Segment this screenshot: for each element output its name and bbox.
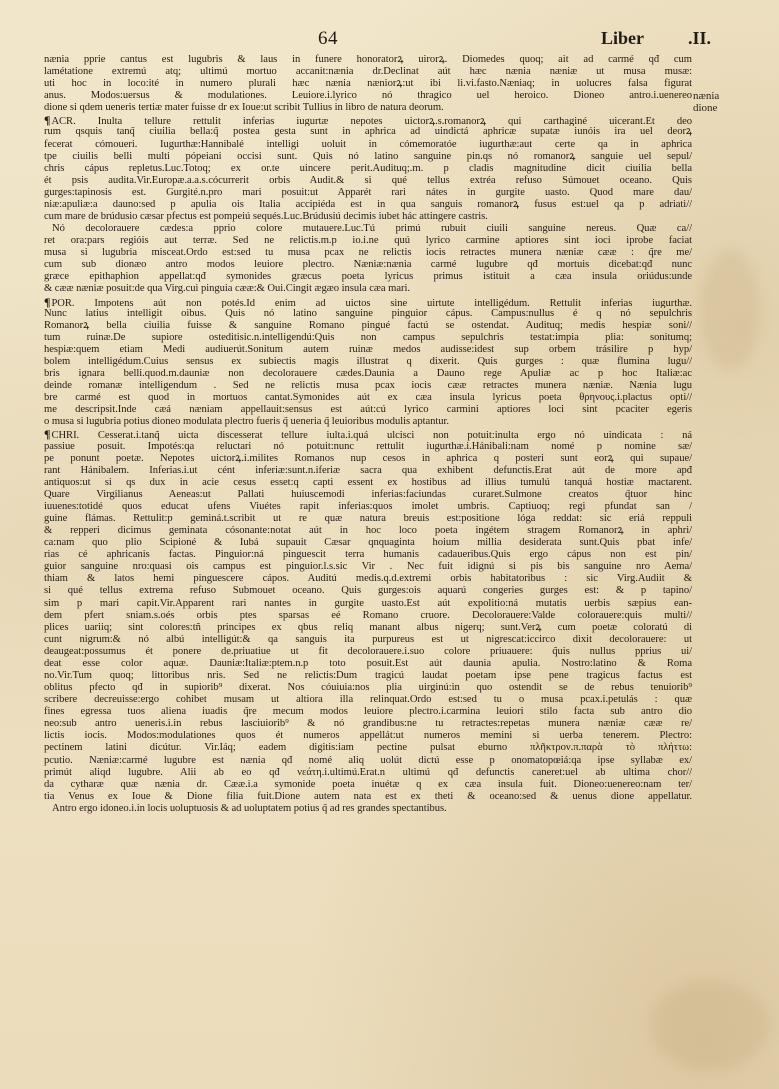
text-line: neo:sub antro ueneris.i.in rebus lasciui… bbox=[44, 718, 692, 730]
text-line: ¶CHRI. Cesserat.i.tanq̃ uicta discessera… bbox=[44, 428, 692, 440]
book-number: .II. bbox=[688, 28, 711, 48]
text-line: fecerat cómoueri. Iugurthæ:Hannibalé int… bbox=[44, 139, 692, 151]
margin-note: dione bbox=[693, 102, 717, 114]
text-line: ét psis audita.Vir.Europæ.a.a.s.cócurrer… bbox=[44, 175, 692, 187]
text-line: pectinem latini dicútur. Vir.Iáq; eadem … bbox=[44, 742, 692, 754]
text-line: cum sub dionæo antro modos leuiore plect… bbox=[44, 259, 692, 271]
text-line: ¶ACR. Inulta tellure rettulit inferias i… bbox=[44, 114, 692, 126]
text-line: tpe ciuilis belli multi pópeiani occisi … bbox=[44, 151, 692, 163]
text-line: chris cápus repletus.Luc.Totoq; ex or.te… bbox=[44, 163, 692, 175]
paragraph-mark-icon: ¶ bbox=[44, 428, 50, 440]
paragraph-mark-icon: ¶ bbox=[44, 114, 50, 126]
book-label: Liber.II. bbox=[601, 28, 711, 49]
text-line: tum ruinæ.De supiore osteditisic.n.intel… bbox=[44, 332, 692, 344]
text-line: græce epithaphion appellat:qđ symonides … bbox=[44, 271, 692, 283]
text-line: niæ:apuliæ:a dauno:sed p apulia ois Ital… bbox=[44, 199, 692, 211]
text-line: oblitus pfecto qđ in supiorib⁹ dixerat. … bbox=[44, 682, 692, 694]
text-line: Nunc latius intelligit oibus. Quis nó la… bbox=[44, 308, 692, 320]
text-line: Nó decolorauere cædes:a pprio colore mut… bbox=[44, 223, 692, 235]
text-line: pe ponunt poetæ. Nepotes uictorꝝ.i.milit… bbox=[44, 453, 692, 465]
paragraph-mark-icon: ¶ bbox=[44, 296, 50, 308]
text-line: cum mare de brúdusio cæsar pfectus est p… bbox=[44, 211, 692, 223]
text-line: no.Vir.Tum quoq; littoribus nris. Sed ne… bbox=[44, 670, 692, 682]
text-line: anus. Modos:uersus & modulationes. Leuio… bbox=[44, 90, 692, 102]
text-line: guine flámas. Rettulit:p geminá.t.scribi… bbox=[44, 513, 692, 525]
margin-note: nænia bbox=[693, 90, 719, 102]
text-line: dione si qdem ueneris tertiæ mater fuiss… bbox=[44, 102, 692, 114]
text-line: deaugeat:possumus ét ponere de.priuatiue… bbox=[44, 646, 692, 658]
commentary-text: nænia pprie cantus est lugubris & laus i… bbox=[44, 54, 692, 815]
text-line: dem pfert sniam.s.oés orbis ptes sparsas… bbox=[44, 610, 692, 622]
text-line: bris ignara belli.quod.m.dauniæ non deco… bbox=[44, 368, 692, 380]
paper-stain bbox=[650, 980, 770, 1070]
text-line-content: CHRI. Cesserat.i.tanq̃ uicta discesserat… bbox=[51, 430, 692, 440]
text-line: ret ora:pars regióis aut terræ. Sed ne r… bbox=[44, 235, 692, 247]
book-page: 64 Liber.II. nænia pprie cantus est lugu… bbox=[0, 0, 779, 1089]
text-line: deat esse color aquæ. Dauniæ:Italiæ:ptem… bbox=[44, 658, 692, 670]
text-line: plices uariiq; sint colores:tñ principes… bbox=[44, 622, 692, 634]
text-line: ¶POR. Impotens aút non potés.Id enim ad … bbox=[44, 296, 692, 308]
text-line: uti hoc in loco:ité in numero plurali hæ… bbox=[44, 78, 692, 90]
text-line: Antro ergo idoneo.i.in locis uoluptuosis… bbox=[44, 803, 692, 815]
text-line: rum qsquis tanq̃ ciuilia bella:q̃ postea… bbox=[44, 126, 692, 138]
text-line-content: ACR. Inulta tellure rettulit inferias iu… bbox=[51, 116, 692, 126]
text-line: antiquos:ut si qs dux in acie cesus esse… bbox=[44, 477, 692, 489]
text-line: lamétatione extremú atq; ultimú mortuo a… bbox=[44, 66, 692, 78]
text-line: deinde romanæ intelligendum . Sed ne rel… bbox=[44, 380, 692, 392]
paper-stain bbox=[700, 250, 760, 370]
text-line: hespiæ:quem etiam Medi audiuerút.Sonitum… bbox=[44, 344, 692, 356]
text-line: bolem intelligédum.Cuius sensus ex subie… bbox=[44, 356, 692, 368]
text-line: da cytharæ quæ nænia dr. Cææ.i.a symonid… bbox=[44, 779, 692, 791]
text-line: pcutio. Næniæ:carmé lugubre est nænia qđ… bbox=[44, 755, 692, 767]
text-line: iuuenes:totidé quos educat ufens Viuétes… bbox=[44, 501, 692, 513]
text-line: cunt nigrum:& nó albú intelligút:& qa sa… bbox=[44, 634, 692, 646]
text-line: tia Venus ex Ioue & Dione filia fuit.Dio… bbox=[44, 791, 692, 803]
text-line: gurges:tapinosis est. Gurgité.n.pro mari… bbox=[44, 187, 692, 199]
text-line: Romanorꝝ bella ciuilia fuisse & sanguine… bbox=[44, 320, 692, 332]
text-line: fines egressa tuos aliena iuadis q̃re me… bbox=[44, 706, 692, 718]
text-line: nænia pprie cantus est lugubris & laus i… bbox=[44, 54, 692, 66]
text-line: Quare Virgilianus Aeneas:ut Pallati huiu… bbox=[44, 489, 692, 501]
text-line: musa si lugubria misceat.Ordo est:sed tu… bbox=[44, 247, 692, 259]
running-head: 64 Liber.II. bbox=[0, 28, 779, 52]
text-line: thiam & latos hemi pinguescere cápos. Au… bbox=[44, 573, 692, 585]
text-line: guior sanguine nro:quasi ois campus est … bbox=[44, 561, 692, 573]
book-label-word: Liber bbox=[601, 28, 644, 48]
text-line: bre carmé est quod in mortuos cantat.Sym… bbox=[44, 392, 692, 404]
text-line-content: POR. Impotens aút non potés.Id enim ad u… bbox=[51, 298, 692, 308]
text-line: lictis iocis. Modos:modulationes quos ét… bbox=[44, 730, 692, 742]
text-line: si qué tellus extrema refuso Submouet oc… bbox=[44, 585, 692, 597]
page-number: 64 bbox=[318, 28, 338, 50]
text-line: scribere decreuisse:ergo cohibet musam u… bbox=[44, 694, 692, 706]
text-line: primút aliqd lugubre. Alii ab eo qđ νεάτ… bbox=[44, 767, 692, 779]
text-line: sim p mari capit.Vir.Apparent rari nante… bbox=[44, 598, 692, 610]
text-line: & cææ næniæ posuit:de qua Virg.cui pingu… bbox=[44, 283, 692, 295]
text-line: & repperi dicimus geminata cósonante:not… bbox=[44, 525, 692, 537]
text-line: o musa si lugubria potius dioneo modulat… bbox=[44, 416, 692, 428]
text-line: rias cé aphricanis factas. Pinguior:ná p… bbox=[44, 549, 692, 561]
text-line: rant Hánibalem. Inferias.i.ut cént infer… bbox=[44, 465, 692, 477]
text-line: passiue posuit. Impotés:qa reluctari nó … bbox=[44, 441, 692, 453]
text-line: ca:nam quo plio Scipioné & Iubá supauit … bbox=[44, 537, 692, 549]
text-line: me descripsit.Inde cæá næniam appellauit… bbox=[44, 404, 692, 416]
